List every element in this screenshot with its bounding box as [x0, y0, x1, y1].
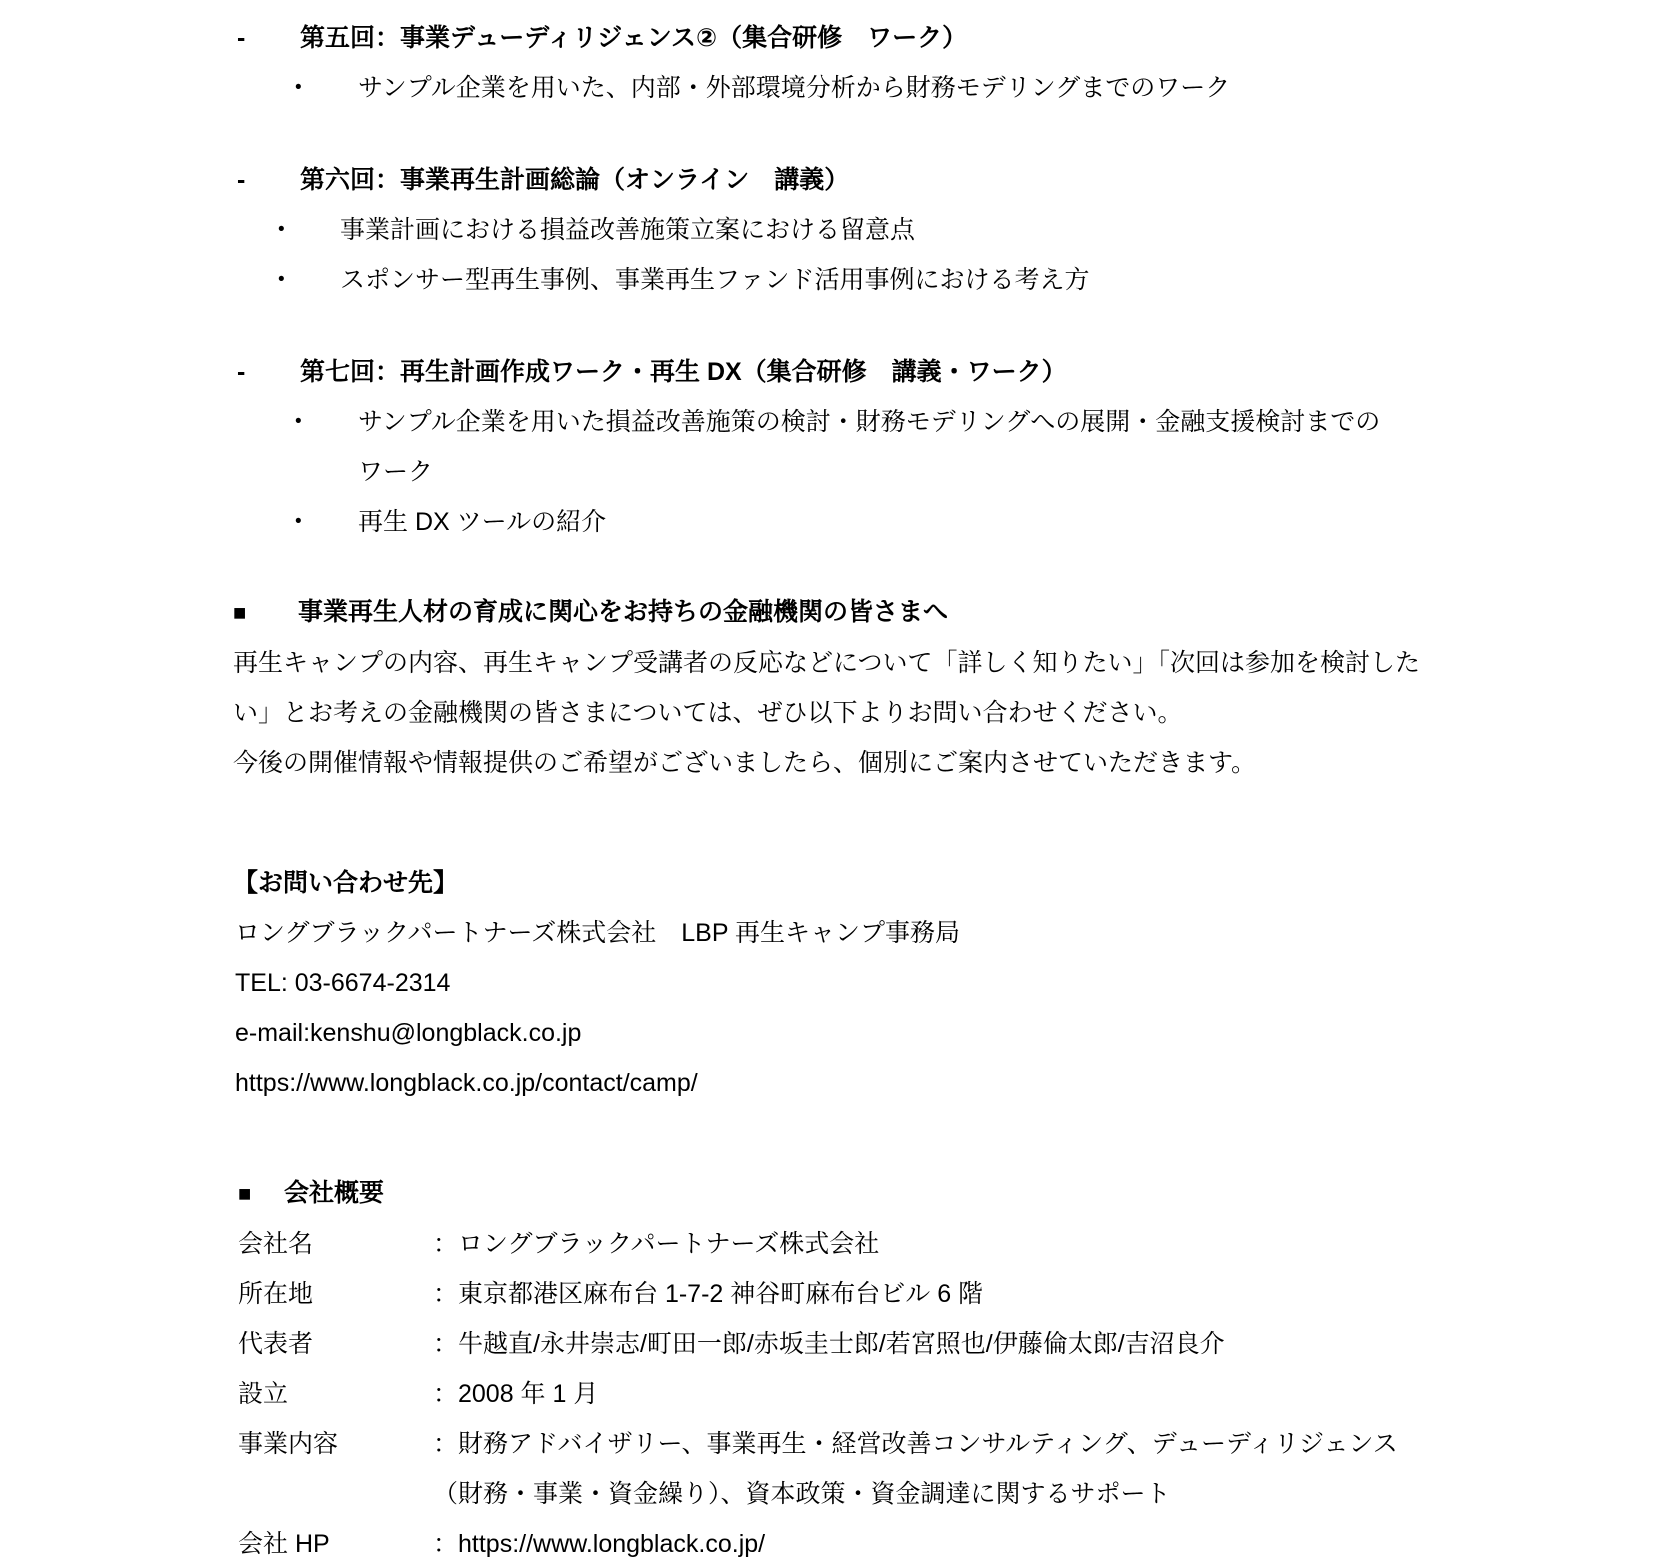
session-title: 第五回：事業デューディリジェンス②（集合研修 ワーク） — [300, 24, 967, 52]
contact-tel-line: TEL: 03-6674-2314 — [0, 958, 1654, 1008]
row-value-line: ：https://www.longblack.co.jp/ — [433, 1519, 1654, 1562]
row-value: ：ロングブラックパートナーズ株式会社 — [433, 1219, 1654, 1269]
dot-bullet-icon: • — [295, 497, 358, 547]
square-bullet-icon: ■ — [238, 1169, 284, 1219]
document-page: -第五回：事業デューディリジェンス②（集合研修 ワーク） • サンプル企業を用い… — [0, 0, 1654, 1562]
section-paragraph: 再生キャンプの内容、再生キャンプ受講者の反応などについて「詳しく知りたい」「次回… — [0, 638, 1654, 788]
financial-section: ■事業再生人材の育成に関心をお持ちの金融機関の皆さまへ 再生キャンプの内容、再生… — [0, 587, 1654, 788]
contact-lines: ロングブラックパートナーズ株式会社 LBP 再生キャンプ事務局 TEL: 03-… — [0, 908, 1654, 1108]
dot-bullet-icon: • — [295, 63, 358, 113]
bullet-line: 再生 DX ツールの紹介 — [358, 497, 1654, 547]
dash-bullet-icon: - — [237, 155, 300, 205]
row-value-line: ：牛越直/永井崇志/町田一郎/赤坂圭士郎/若宮照也/伊藤倫太郎/吉沼良介 — [433, 1319, 1654, 1369]
company-row-name: 会社名 ：ロングブラックパートナーズ株式会社 — [0, 1219, 1654, 1269]
row-value: ：牛越直/永井崇志/町田一郎/赤坂圭士郎/若宮照也/伊藤倫太郎/吉沼良介 — [433, 1319, 1654, 1369]
row-label: 所在地 — [238, 1269, 433, 1319]
row-value: ：2008 年 1 月 — [433, 1369, 1654, 1419]
bullet-line: サンプル企業を用いた、内部・外部環境分析から財務モデリングまでのワーク — [358, 63, 1654, 113]
bullet-item: • サンプル企業を用いた損益改善施策の検討・財務モデリングへの展開・金融支援検討… — [0, 397, 1654, 497]
company-row-representatives: 代表者 ：牛越直/永井崇志/町田一郎/赤坂圭士郎/若宮照也/伊藤倫太郎/吉沼良介 — [0, 1319, 1654, 1369]
session-title-row: -第六回：事業再生計画総論（オンライン 講義） — [0, 155, 1654, 205]
bullet-line: サンプル企業を用いた損益改善施策の検討・財務モデリングへの展開・金融支援検討まで… — [358, 397, 1654, 447]
contact-heading: 【お問い合わせ先】 — [0, 858, 1654, 908]
company-row-website: 会社 HP ：https://www.longblack.co.jp/ — [0, 1519, 1654, 1562]
row-label: 会社 HP — [238, 1519, 433, 1562]
contact-email-line: e-mail:kenshu@longblack.co.jp — [0, 1008, 1654, 1058]
dot-bullet-icon: • — [295, 397, 358, 497]
row-value-line: ：ロングブラックパートナーズ株式会社 — [433, 1219, 1654, 1269]
session-item-5: -第五回：事業デューディリジェンス②（集合研修 ワーク） • サンプル企業を用い… — [0, 13, 1654, 113]
company-overview-heading-text: 会社概要 — [284, 1179, 384, 1207]
dot-bullet-icon: • — [278, 255, 340, 305]
row-value: ：東京都港区麻布台 1-7-2 神谷町麻布台ビル 6 階 — [433, 1269, 1654, 1319]
contact-section: 【お問い合わせ先】 ロングブラックパートナーズ株式会社 LBP 再生キャンプ事務… — [0, 858, 1654, 1108]
bullet-line-wrap: ワーク — [358, 447, 1654, 497]
row-value-line: （財務・事業・資金繰り）、資本政策・資金調達に関するサポート — [433, 1469, 1654, 1519]
bullet-item: • スポンサー型再生事例、事業再生ファンド活用事例における考え方 — [0, 255, 1654, 305]
bullet-line: スポンサー型再生事例、事業再生ファンド活用事例における考え方 — [340, 255, 1654, 305]
dot-bullet-icon: • — [278, 205, 340, 255]
row-value-line: ：財務アドバイザリー、事業再生・経営改善コンサルティング、デューディリジェンス — [433, 1419, 1654, 1469]
session-title-row: -第五回：事業デューディリジェンス②（集合研修 ワーク） — [0, 13, 1654, 63]
row-label: 代表者 — [238, 1319, 433, 1369]
company-row-address: 所在地 ：東京都港区麻布台 1-7-2 神谷町麻布台ビル 6 階 — [0, 1269, 1654, 1319]
bullet-item: • サンプル企業を用いた、内部・外部環境分析から財務モデリングまでのワーク — [0, 63, 1654, 113]
session-title: 第六回：事業再生計画総論（オンライン 講義） — [300, 166, 849, 194]
session-title: 第七回：再生計画作成ワーク・再生 DX（集合研修 講義・ワーク） — [300, 358, 1067, 386]
company-row-established: 設立 ：2008 年 1 月 — [0, 1369, 1654, 1419]
bullet-line: 事業計画における損益改善施策立案における留意点 — [340, 205, 1654, 255]
company-overview-section: ■会社概要 会社名 ：ロングブラックパートナーズ株式会社 所在地 ：東京都港区麻… — [0, 1168, 1654, 1562]
company-row-business: 事業内容 ：財務アドバイザリー、事業再生・経営改善コンサルティング、デューディリ… — [0, 1419, 1654, 1519]
row-label: 事業内容 — [238, 1419, 433, 1519]
row-value: ：財務アドバイザリー、事業再生・経営改善コンサルティング、デューディリジェンス … — [433, 1419, 1654, 1519]
paragraph-line: 今後の開催情報や情報提供のご希望がございましたら、個別にご案内させていただきます… — [0, 738, 1654, 788]
row-value: ：https://www.longblack.co.jp/ — [433, 1519, 1654, 1562]
session-title-row: -第七回：再生計画作成ワーク・再生 DX（集合研修 講義・ワーク） — [0, 347, 1654, 397]
bullet-item: • 再生 DX ツールの紹介 — [0, 497, 1654, 547]
row-value-line: ：2008 年 1 月 — [433, 1369, 1654, 1419]
company-overview-heading: ■会社概要 — [0, 1168, 1654, 1219]
contact-org-line: ロングブラックパートナーズ株式会社 LBP 再生キャンプ事務局 — [0, 908, 1654, 958]
row-value-line: ：東京都港区麻布台 1-7-2 神谷町麻布台ビル 6 階 — [433, 1269, 1654, 1319]
dash-bullet-icon: - — [237, 13, 300, 63]
row-label: 設立 — [238, 1369, 433, 1419]
section-heading-text: 事業再生人材の育成に関心をお持ちの金融機関の皆さまへ — [298, 598, 948, 626]
paragraph-line: い」とお考えの金融機関の皆さまについては、ぜひ以下よりお問い合わせください。 — [0, 688, 1654, 738]
session-item-7: -第七回：再生計画作成ワーク・再生 DX（集合研修 講義・ワーク） • サンプル… — [0, 347, 1654, 547]
bullet-item: • 事業計画における損益改善施策立案における留意点 — [0, 205, 1654, 255]
paragraph-line: 再生キャンプの内容、再生キャンプ受講者の反応などについて「詳しく知りたい」「次回… — [0, 638, 1654, 688]
square-bullet-icon: ■ — [233, 588, 298, 638]
session-item-6: -第六回：事業再生計画総論（オンライン 講義） • 事業計画における損益改善施策… — [0, 155, 1654, 305]
row-label: 会社名 — [238, 1219, 433, 1269]
dash-bullet-icon: - — [237, 347, 300, 397]
contact-url-line: https://www.longblack.co.jp/contact/camp… — [0, 1058, 1654, 1108]
section-heading: ■事業再生人材の育成に関心をお持ちの金融機関の皆さまへ — [0, 587, 1654, 638]
